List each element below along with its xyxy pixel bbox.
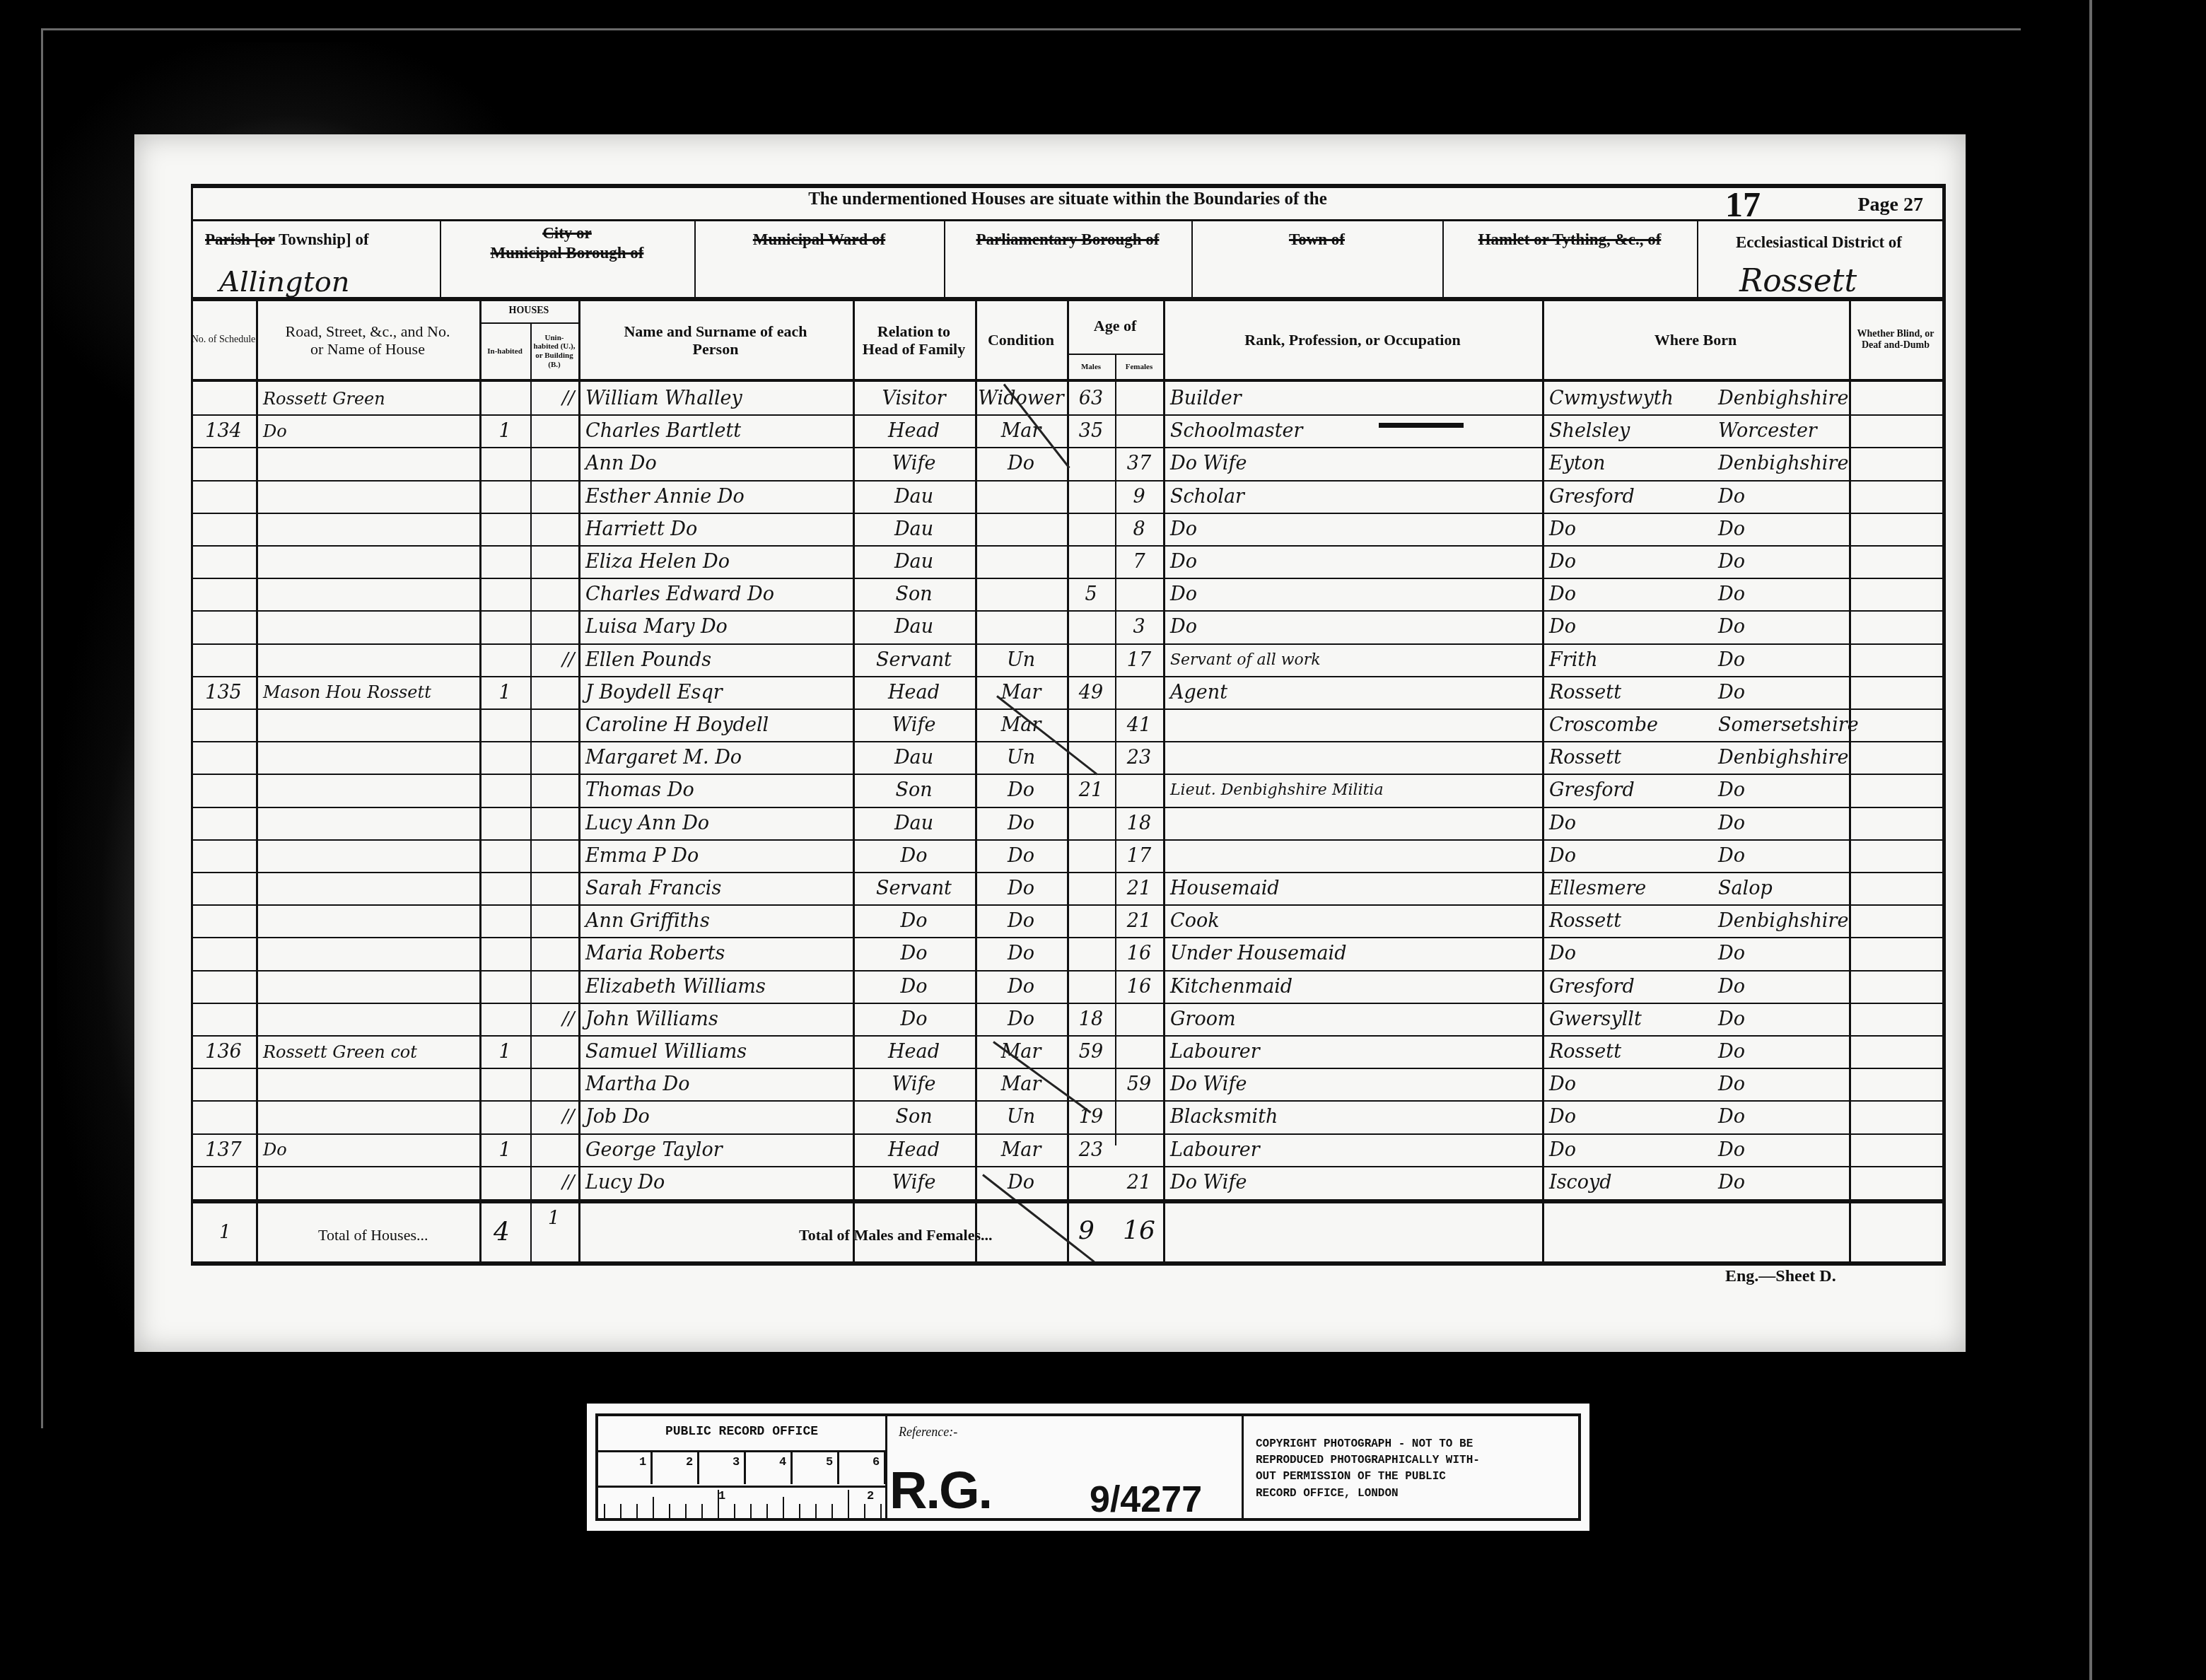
schedule-number <box>191 970 256 1003</box>
marital-condition <box>975 578 1067 611</box>
road-name <box>256 578 479 611</box>
schedule-number <box>191 545 256 578</box>
relation-to-head: Wife <box>853 447 975 480</box>
relation-to-head: Do <box>853 904 975 938</box>
occupation: Do <box>1163 578 1542 611</box>
occupation <box>1163 741 1542 774</box>
piece-number: 9/4277 <box>1090 1478 1202 1521</box>
relation-to-head: Dau <box>853 545 975 578</box>
card-divider <box>1242 1416 1244 1518</box>
houses-inhabited <box>479 1100 530 1133</box>
col-header-uninhabited: Unin-habited (U.), or Building (B.) <box>530 324 578 379</box>
road-name <box>256 610 479 643</box>
occupation: Do Wife <box>1163 447 1542 480</box>
schedule-number <box>191 578 256 611</box>
male-age: 49 <box>1067 676 1115 709</box>
marital-condition <box>975 513 1067 546</box>
houses-uninhabited <box>530 610 578 643</box>
birthplace-county: Do <box>1711 610 1849 643</box>
birthplace-parish: Iscoyd <box>1542 1166 1711 1199</box>
col-header-males: Males <box>1067 356 1115 378</box>
copyright-notice: COPYRIGHT PHOTOGRAPH - NOT TO BE REPRODU… <box>1256 1436 1480 1502</box>
marital-condition: Mar <box>975 676 1067 709</box>
relation-to-head: Servant <box>853 872 975 905</box>
birthplace-county: Do <box>1711 1003 1849 1036</box>
birthplace-county: Salop <box>1711 872 1849 905</box>
marital-condition: Do <box>975 872 1067 905</box>
male-age: 5 <box>1067 578 1115 611</box>
disability <box>1849 545 1942 578</box>
male-age: 35 <box>1067 414 1115 448</box>
ruler-tick <box>864 1504 865 1518</box>
birthplace-parish: Do <box>1542 937 1711 970</box>
birthplace-parish: Do <box>1542 839 1711 873</box>
houses-uninhabited <box>530 578 578 611</box>
birthplace-county: Do <box>1711 545 1849 578</box>
col-header-disability: Whether Blind, or Deaf and-Dumb <box>1849 301 1942 379</box>
series-code: R.G. <box>889 1460 991 1520</box>
male-age <box>1067 480 1115 513</box>
schedule-number <box>191 610 256 643</box>
road-name <box>256 904 479 938</box>
ruler-tick <box>669 1504 670 1518</box>
disability <box>1849 578 1942 611</box>
houses-uninhabited <box>530 741 578 774</box>
copyright-line: COPYRIGHT PHOTOGRAPH - NOT TO BE <box>1256 1436 1480 1452</box>
houses-uninhabited <box>530 480 578 513</box>
schedule-number <box>191 872 256 905</box>
schedule-number <box>191 1068 256 1101</box>
houses-uninhabited <box>530 807 578 840</box>
disability <box>1849 741 1942 774</box>
male-age <box>1067 643 1115 677</box>
marital-condition: Mar <box>975 1133 1067 1167</box>
road-name <box>256 774 479 807</box>
birthplace-parish: Rossett <box>1542 741 1711 774</box>
relation-to-head: Do <box>853 937 975 970</box>
schedule-number: 137 <box>191 1133 256 1167</box>
ruler-tick <box>701 1504 703 1518</box>
houses-inhabited <box>479 382 530 415</box>
relation-to-head: Servant <box>853 643 975 677</box>
female-age <box>1115 1133 1163 1167</box>
ruler-tick <box>783 1497 784 1518</box>
occupation: Labourer <box>1163 1133 1542 1167</box>
schedule-number: 136 <box>191 1035 256 1068</box>
road-name: Do <box>256 1133 479 1167</box>
houses-inhabited <box>479 774 530 807</box>
relation-to-head: Head <box>853 414 975 448</box>
marital-condition: Do <box>975 937 1067 970</box>
disability <box>1849 839 1942 873</box>
birthplace-parish: Do <box>1542 578 1711 611</box>
ruler-tick <box>685 1504 687 1518</box>
ruler-tick <box>653 1497 654 1518</box>
birthplace-county: Do <box>1711 1068 1849 1101</box>
occupation: Housemaid <box>1163 872 1542 905</box>
relation-to-head: Dau <box>853 741 975 774</box>
ruler-tick <box>604 1504 605 1518</box>
marital-condition: Do <box>975 774 1067 807</box>
houses-uninhabited <box>530 1035 578 1068</box>
female-age <box>1115 774 1163 807</box>
male-age: 18 <box>1067 1003 1115 1036</box>
occupation: Labourer <box>1163 1035 1542 1068</box>
birthplace-county: Do <box>1711 807 1849 840</box>
page-number: 27 <box>1903 194 1923 216</box>
reference-card: PUBLIC RECORD OFFICE 12345612 Reference:… <box>587 1404 1589 1531</box>
relation-to-head: Do <box>853 839 975 873</box>
houses-uninhabited <box>530 839 578 873</box>
person-name: Elizabeth Williams <box>578 970 853 1003</box>
road-name: Rossett Green cot <box>256 1035 479 1068</box>
female-age <box>1115 578 1163 611</box>
road-name <box>256 1068 479 1101</box>
person-name: Charles Edward Do <box>578 578 853 611</box>
houses-inhabited: 1 <box>479 1035 530 1068</box>
disability <box>1849 1100 1942 1133</box>
female-age: 21 <box>1115 872 1163 905</box>
road-name <box>256 708 479 742</box>
relation-to-head: Son <box>853 578 975 611</box>
town-label: Town of <box>1191 231 1442 249</box>
marital-condition: Un <box>975 741 1067 774</box>
ruler-cm-label: 6 <box>873 1456 880 1469</box>
occupation: Servant of all work <box>1163 643 1542 677</box>
schedule-number <box>191 708 256 742</box>
reference-card-frame: PUBLIC RECORD OFFICE 12345612 Reference:… <box>595 1413 1581 1521</box>
page-label: Page 27 <box>1857 194 1923 216</box>
ruler-divider <box>598 1486 885 1488</box>
census-form: The undermentioned Houses are situate wi… <box>191 184 1944 1266</box>
birthplace-parish: Frith <box>1542 643 1711 677</box>
occupation <box>1163 807 1542 840</box>
ruler-tick <box>734 1504 735 1518</box>
female-age: 21 <box>1115 1166 1163 1199</box>
household-separator-mark: // <box>562 1106 575 1127</box>
sheet-footer-note: Eng.—Sheet D. <box>1725 1267 1836 1286</box>
schedule-number <box>191 839 256 873</box>
road-name <box>256 741 479 774</box>
birthplace-parish: Croscombe <box>1542 708 1711 742</box>
houses-inhabited <box>479 1166 530 1199</box>
male-age <box>1067 1068 1115 1101</box>
marital-condition: Do <box>975 447 1067 480</box>
houses-uninhabited <box>530 708 578 742</box>
schedule-number <box>191 643 256 677</box>
male-age <box>1067 937 1115 970</box>
occupation: Do <box>1163 545 1542 578</box>
person-name: Job Do <box>578 1100 853 1133</box>
male-age <box>1067 708 1115 742</box>
household-separator-mark: // <box>562 1172 575 1193</box>
birthplace-county: Do <box>1711 1166 1849 1199</box>
schedule-number <box>191 741 256 774</box>
person-name: Ann Griffiths <box>578 904 853 938</box>
person-name: Thomas Do <box>578 774 853 807</box>
occupation: Do Wife <box>1163 1166 1542 1199</box>
copyright-line: OUT PERMISSION OF THE PUBLIC <box>1256 1469 1480 1485</box>
occupation: Do <box>1163 610 1542 643</box>
houses-inhabited: 1 <box>479 1133 530 1167</box>
parish-label-struck: Parish [or <box>205 231 275 248</box>
schedule-number <box>191 774 256 807</box>
houses-inhabited <box>479 708 530 742</box>
ecclesiastical-district-value: Rossett <box>1739 263 1857 299</box>
marital-condition: Do <box>975 1166 1067 1199</box>
houses-uninhabited <box>530 1068 578 1101</box>
schedule-number <box>191 1166 256 1199</box>
occupation <box>1163 708 1542 742</box>
birthplace-parish: Cwmystwyth <box>1542 382 1711 415</box>
schedule-number <box>191 447 256 480</box>
marital-condition: Un <box>975 643 1067 677</box>
person-name: Lucy Ann Do <box>578 807 853 840</box>
relation-to-head: Dau <box>853 513 975 546</box>
ecclesiastical-district-label: Ecclesiastical District of <box>1697 233 1941 252</box>
ruler-tick <box>766 1504 768 1518</box>
male-age <box>1067 513 1115 546</box>
occupation: Blacksmith <box>1163 1100 1542 1133</box>
houses-inhabited <box>479 937 530 970</box>
birthplace-parish: Rossett <box>1542 904 1711 938</box>
houses-uninhabited <box>530 970 578 1003</box>
occupation: Do Wife <box>1163 1068 1542 1101</box>
occupation: Do <box>1163 513 1542 546</box>
birthplace-parish: Do <box>1542 807 1711 840</box>
disability <box>1849 1166 1942 1199</box>
road-name: Rossett Green <box>256 382 479 415</box>
ruler-cm-label: 2 <box>686 1456 693 1469</box>
frame-top <box>191 184 1944 188</box>
road-name <box>256 1003 479 1036</box>
total-females: 16 <box>1123 1216 1155 1245</box>
person-name: Maria Roberts <box>578 937 853 970</box>
birthplace-county: Somersetshire <box>1711 708 1849 742</box>
birthplace-county: Do <box>1711 480 1849 513</box>
relation-to-head: Head <box>853 676 975 709</box>
female-age: 21 <box>1115 904 1163 938</box>
disability <box>1849 447 1942 480</box>
houses-inhabited <box>479 872 530 905</box>
disability <box>1849 1003 1942 1036</box>
birthplace-county: Do <box>1711 1035 1849 1068</box>
female-age: 17 <box>1115 643 1163 677</box>
birthplace-county: Do <box>1711 578 1849 611</box>
col-header-houses: HOUSES <box>479 301 578 321</box>
houses-inhabited: 1 <box>479 414 530 448</box>
female-age: 3 <box>1115 610 1163 643</box>
marital-condition: Mar <box>975 414 1067 448</box>
houses-inhabited <box>479 643 530 677</box>
female-age <box>1115 1003 1163 1036</box>
occupation: Lieut. Denbighshire Militia <box>1163 774 1542 807</box>
ruler-cm-label: 3 <box>733 1456 740 1469</box>
copyright-line: REPRODUCED PHOTOGRAPHICALLY WITH- <box>1256 1452 1480 1469</box>
male-age <box>1067 807 1115 840</box>
female-age: 16 <box>1115 970 1163 1003</box>
disability <box>1849 970 1942 1003</box>
ruler-tick <box>636 1504 638 1518</box>
road-name <box>256 447 479 480</box>
disability <box>1849 774 1942 807</box>
houses-uninhabited <box>530 545 578 578</box>
houses-inhabited <box>479 741 530 774</box>
occupation: Kitchenmaid <box>1163 970 1542 1003</box>
total-houses-uninhabited: 1 <box>548 1208 560 1229</box>
female-age <box>1115 414 1163 448</box>
male-age <box>1067 839 1115 873</box>
houses-uninhabited <box>530 904 578 938</box>
male-age: 59 <box>1067 1035 1115 1068</box>
houses-inhabited <box>479 447 530 480</box>
col-header-relation: Relation to Head of Family <box>853 301 975 379</box>
houses-inhabited <box>479 1068 530 1101</box>
ruler-cm-label: 4 <box>779 1456 786 1469</box>
totals-divider <box>191 1199 1944 1203</box>
female-age: 16 <box>1115 937 1163 970</box>
houses-inhabited <box>479 839 530 873</box>
male-age <box>1067 970 1115 1003</box>
public-record-office-label: PUBLIC RECORD OFFICE <box>598 1425 885 1439</box>
ruler-cell-divider <box>790 1452 793 1484</box>
disability <box>1849 676 1942 709</box>
household-separator-mark: // <box>562 649 575 670</box>
ruler-divider <box>598 1450 885 1452</box>
disability <box>1849 610 1942 643</box>
road-name <box>256 970 479 1003</box>
relation-to-head: Do <box>853 1003 975 1036</box>
male-age <box>1067 904 1115 938</box>
person-name: Luisa Mary Do <box>578 610 853 643</box>
person-name: J Boydell Esqr <box>578 676 853 709</box>
schedules-total-mark: 1 <box>219 1222 231 1243</box>
birthplace-county: Do <box>1711 970 1849 1003</box>
film-edge-line <box>41 28 2021 30</box>
household-separator-mark: // <box>562 387 575 409</box>
disability <box>1849 513 1942 546</box>
marital-condition: Un <box>975 1100 1067 1133</box>
houses-uninhabited <box>530 872 578 905</box>
birthplace-county: Do <box>1711 513 1849 546</box>
birthplace-county: Do <box>1711 676 1849 709</box>
form-heading: The undermentioned Houses are situate wi… <box>191 189 1944 209</box>
col-header-name: Name and Surname of each Person <box>578 301 853 379</box>
houses-uninhabited <box>530 1133 578 1167</box>
road-name <box>256 545 479 578</box>
parish-label-text: Township] of <box>275 231 369 248</box>
marital-condition: Do <box>975 970 1067 1003</box>
female-age: 23 <box>1115 741 1163 774</box>
municipal-ward-label: Municipal Ward of <box>694 231 944 249</box>
relation-to-head: Wife <box>853 1166 975 1199</box>
road-name: Mason Hou Rossett <box>256 676 479 709</box>
marital-condition: Do <box>975 904 1067 938</box>
disability <box>1849 382 1942 415</box>
total-houses-label: Total of Houses... <box>318 1226 428 1244</box>
road-name: Do <box>256 414 479 448</box>
frame-right <box>1942 184 1946 1266</box>
birthplace-parish: Rossett <box>1542 1035 1711 1068</box>
relation-to-head: Do <box>853 970 975 1003</box>
female-age <box>1115 382 1163 415</box>
marital-condition: Do <box>975 1003 1067 1036</box>
person-name: Eliza Helen Do <box>578 545 853 578</box>
houses-inhabited <box>479 970 530 1003</box>
birthplace-parish: Ellesmere <box>1542 872 1711 905</box>
female-age: 8 <box>1115 513 1163 546</box>
ruler-tick <box>848 1490 849 1518</box>
relation-to-head: Dau <box>853 480 975 513</box>
ruler-cm-label: 5 <box>826 1456 833 1469</box>
person-name: Sarah Francis <box>578 872 853 905</box>
birthplace-parish: Do <box>1542 610 1711 643</box>
birthplace-parish: Gresford <box>1542 774 1711 807</box>
disability <box>1849 937 1942 970</box>
schedule-number <box>191 382 256 415</box>
person-name: Samuel Williams <box>578 1035 853 1068</box>
birthplace-county: Worcester <box>1711 414 1849 448</box>
male-age <box>1067 545 1115 578</box>
total-persons-label: Total of Males and Females... <box>799 1226 993 1244</box>
person-name: Lucy Do <box>578 1166 853 1199</box>
male-age <box>1067 872 1115 905</box>
female-age: 18 <box>1115 807 1163 840</box>
schedule-number <box>191 1100 256 1133</box>
marital-condition: Widower <box>975 382 1067 415</box>
birthplace-county: Do <box>1711 1100 1849 1133</box>
road-name <box>256 1166 479 1199</box>
hamlet-label: Hamlet or Tything, &c., of <box>1442 231 1697 249</box>
birthplace-county: Denbighshire <box>1711 904 1849 938</box>
disability <box>1849 1068 1942 1101</box>
schedule-number <box>191 1003 256 1036</box>
disability <box>1849 807 1942 840</box>
title-divider <box>191 219 1944 221</box>
road-name <box>256 513 479 546</box>
houses-uninhabited <box>530 447 578 480</box>
frame-bottom <box>191 1261 1944 1266</box>
schedule-number <box>191 904 256 938</box>
schedule-number: 135 <box>191 676 256 709</box>
road-name <box>256 807 479 840</box>
person-name: George Taylor <box>578 1133 853 1167</box>
houses-inhabited <box>479 578 530 611</box>
road-name <box>256 839 479 873</box>
birthplace-county: Do <box>1711 643 1849 677</box>
division-sep <box>1697 221 1698 298</box>
ruler-inch-label: 1 <box>718 1490 725 1503</box>
road-name <box>256 937 479 970</box>
occupation: Under Housemaid <box>1163 937 1542 970</box>
ruler-tick <box>831 1504 833 1518</box>
birthplace-county: Denbighshire <box>1711 447 1849 480</box>
person-name: Margaret M. Do <box>578 741 853 774</box>
parish-label: Parish [or Township] of <box>205 231 438 249</box>
birthplace-parish: Gresford <box>1542 970 1711 1003</box>
person-name: John Williams <box>578 1003 853 1036</box>
person-name: Esther Annie Do <box>578 480 853 513</box>
person-name: Harriett Do <box>578 513 853 546</box>
col-header-schedule: No. of Schedule <box>191 301 256 379</box>
female-age: 59 <box>1115 1068 1163 1101</box>
person-name: Ellen Pounds <box>578 643 853 677</box>
houses-uninhabited <box>530 937 578 970</box>
houses-inhabited <box>479 480 530 513</box>
reference-label: Reference:- <box>899 1425 957 1440</box>
male-age <box>1067 447 1115 480</box>
occupation: Scholar <box>1163 480 1542 513</box>
